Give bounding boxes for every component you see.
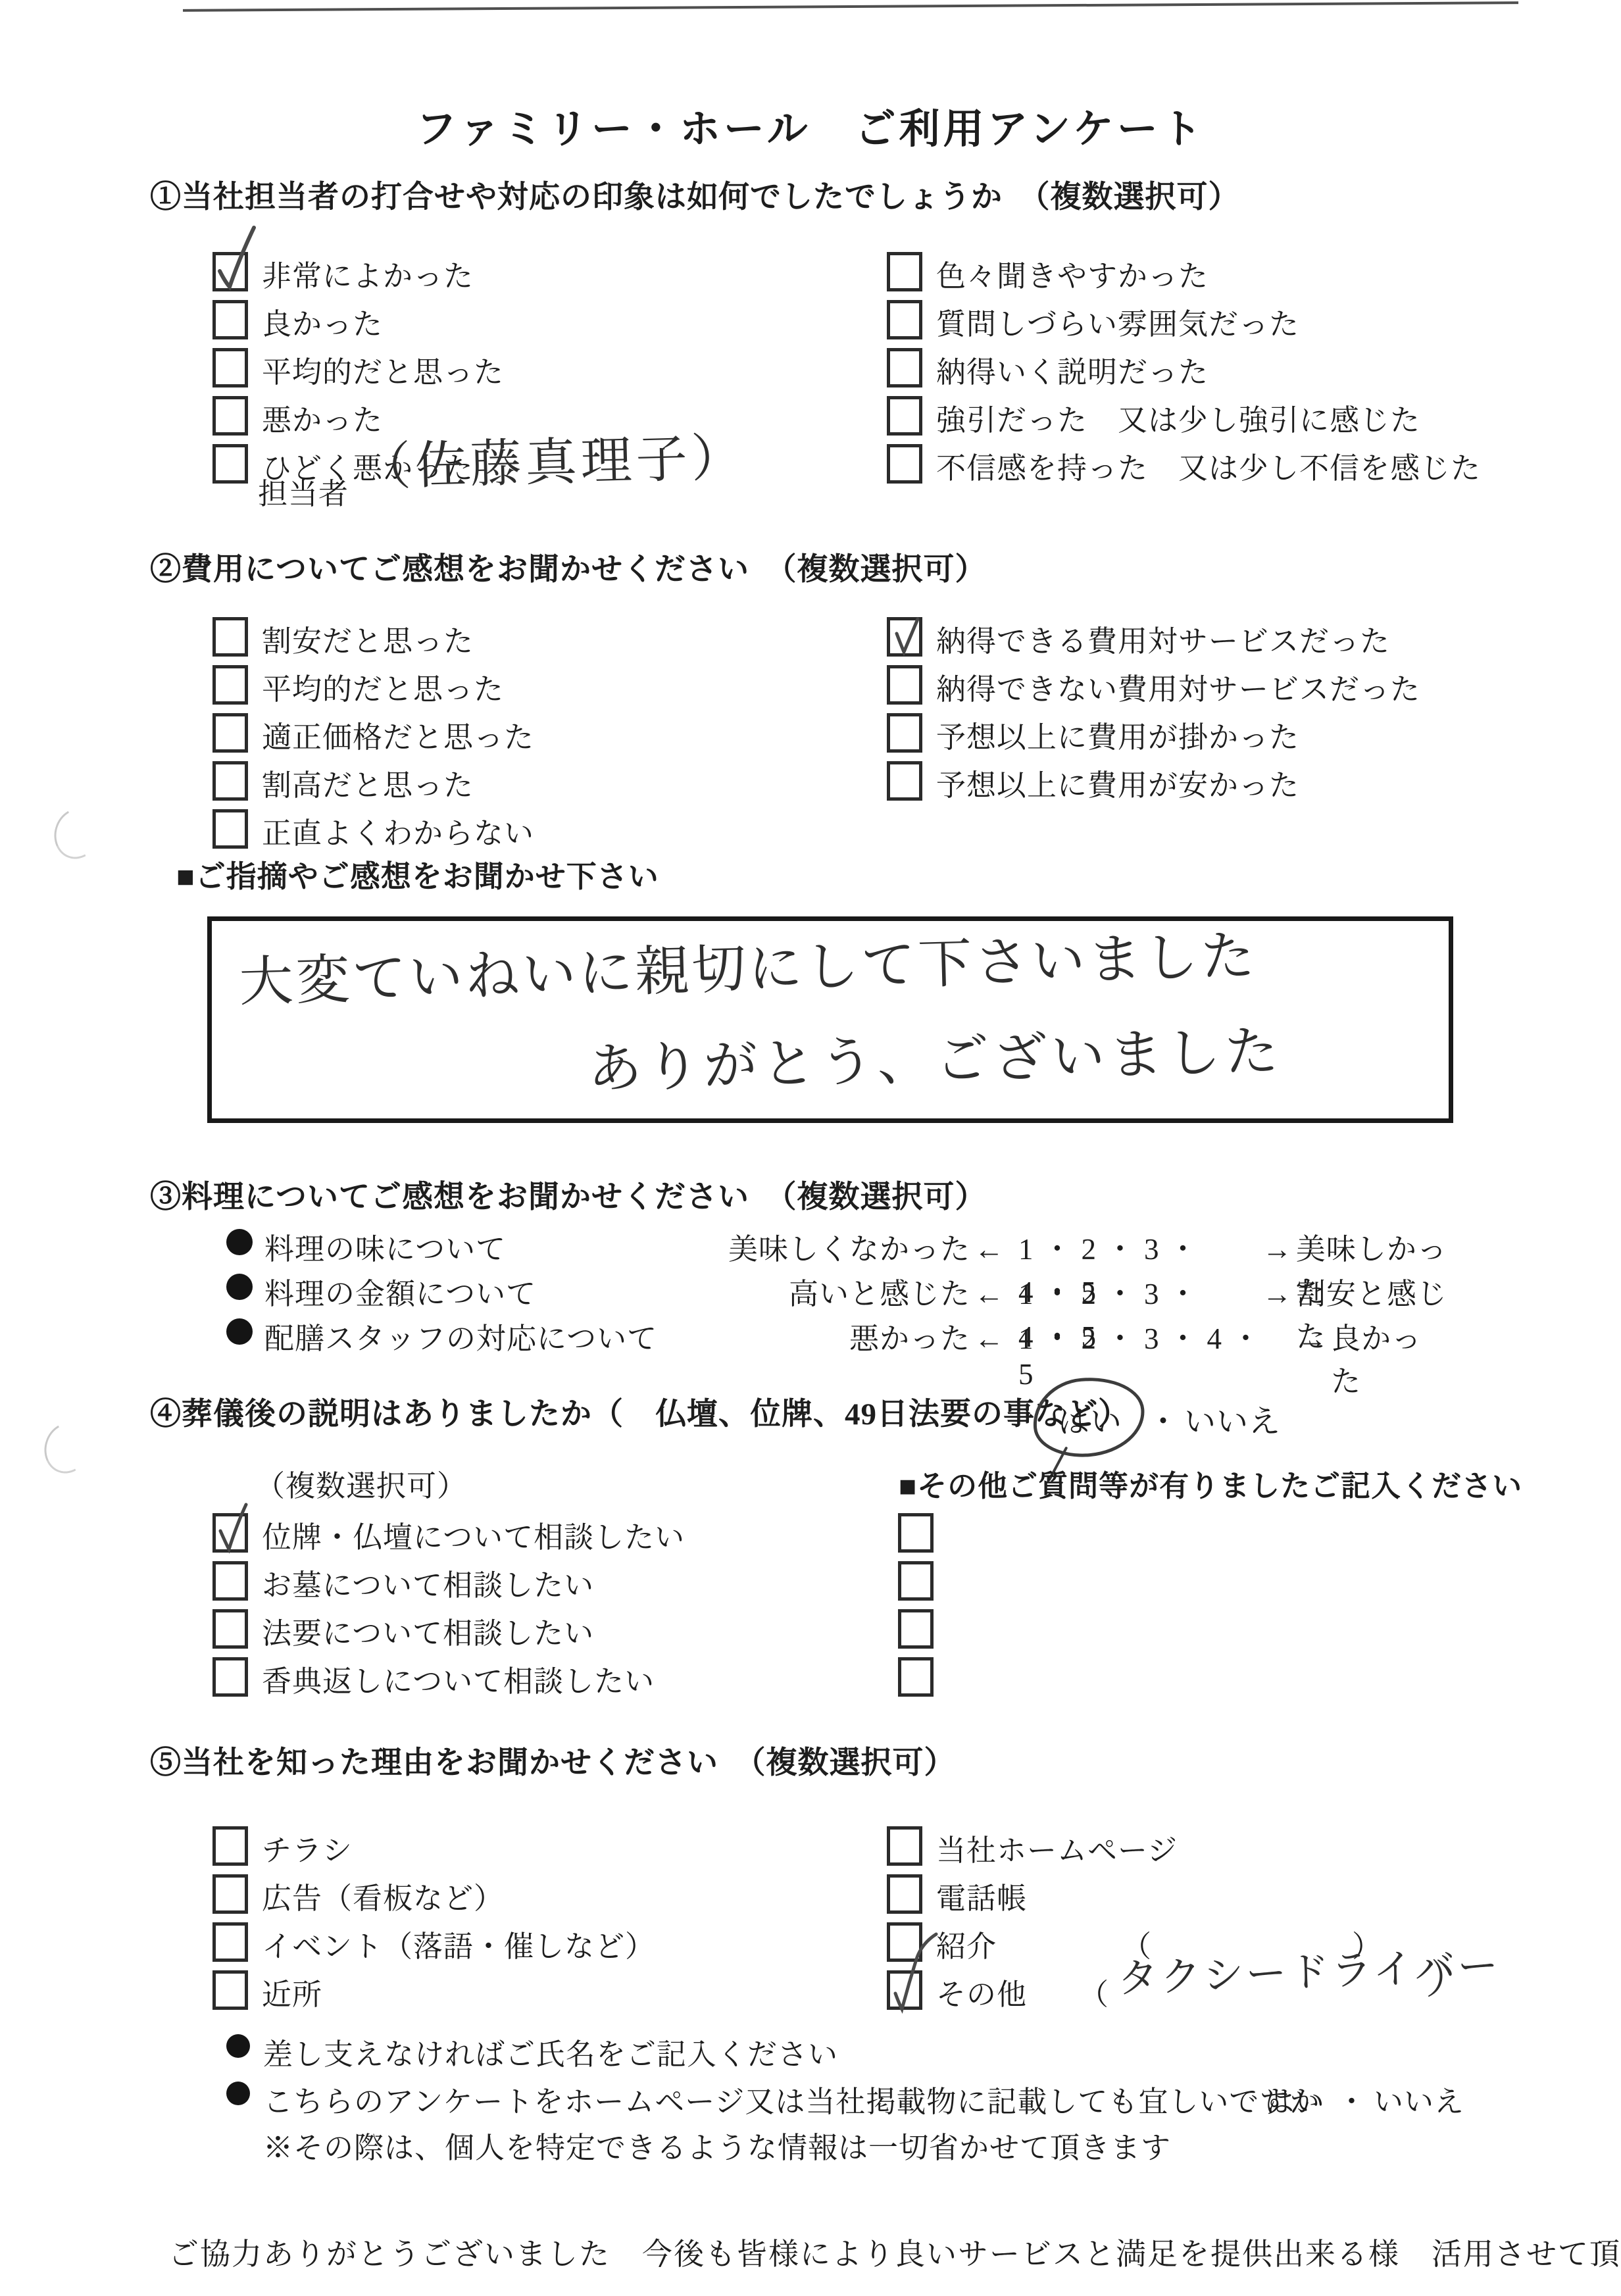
q1-checkbox-convincing[interactable] xyxy=(887,348,922,387)
q1-option-label: 非常によかった xyxy=(262,252,474,295)
q2-checkbox-average[interactable] xyxy=(212,665,248,705)
q4-option-separator: ・ xyxy=(1147,1396,1180,1441)
q4-heading: ④葬儀後の説明はありましたか（ 仏壇、位牌、49日法要の事など） xyxy=(150,1389,1130,1434)
q1-checkbox-bad[interactable] xyxy=(212,396,248,436)
q5-checkbox-flyer[interactable] xyxy=(212,1826,248,1866)
q3-row-label: 料理の金額について xyxy=(264,1270,536,1312)
arrow-left-icon: ← xyxy=(970,1277,1008,1311)
bullet-icon xyxy=(226,1274,253,1300)
closing-publish-request: こちらのアンケートをホームページ又は当社掲載物に記載しても宜しいですか xyxy=(263,2078,1320,2120)
q2-option-label: 割安だと思った xyxy=(262,617,474,660)
closing-privacy-note: ※その際は、個人を特定できるような情報は一切省かせて頂きます xyxy=(263,2124,1171,2166)
q4-multi-note: （複数選択可） xyxy=(255,1462,467,1505)
q3-row-label: 料理の味について xyxy=(264,1225,506,1268)
q5-checkbox-ad[interactable] xyxy=(212,1874,248,1914)
q2-checkbox-cheap[interactable] xyxy=(212,617,248,657)
q5-option-label: 広告（看板など） xyxy=(262,1874,504,1917)
bullet-icon xyxy=(226,2034,250,2058)
q1-checkbox-pushy[interactable] xyxy=(887,396,922,436)
q2-heading: ②費用についてご感想をお聞かせください （複数選択可） xyxy=(150,545,987,589)
q1-checkbox-very-bad[interactable] xyxy=(212,444,248,484)
closing-name-request: 差し支えなければご氏名をご記入ください xyxy=(263,2030,838,2073)
arrow-right-icon: → xyxy=(1293,1322,1331,1356)
q2-checkbox-expensive[interactable] xyxy=(212,761,248,801)
q1-checkbox-distrust[interactable] xyxy=(887,444,922,484)
staff-label: 担当者 xyxy=(258,470,349,512)
q5-option-label: 当社ホームページ xyxy=(936,1826,1178,1869)
q1-option-label: 納得いく説明だった xyxy=(936,348,1209,391)
q5-option-label: チラシ xyxy=(262,1826,353,1869)
arrow-right-icon: → xyxy=(1259,1232,1296,1266)
checkmark-icon xyxy=(214,1501,254,1556)
q5-checkbox-phonebook[interactable] xyxy=(887,1874,922,1914)
q2-option-label: 正直よくわからない xyxy=(262,809,534,852)
q4-checkbox-koudengaeshi[interactable] xyxy=(212,1657,248,1697)
q2-option-label: 納得できない費用対サービスだった xyxy=(936,665,1420,708)
q1-option-label: 不信感を持った 又は少し不信を感じた xyxy=(936,444,1481,487)
scale-low-label: 悪かった xyxy=(658,1314,970,1357)
q2-checkbox-cost-less[interactable] xyxy=(887,761,922,801)
q2-checkbox-satisfied-value[interactable] xyxy=(887,617,922,657)
scale-low-label: 美味しくなかった xyxy=(658,1225,970,1268)
scale-low-label: 高いと感じた xyxy=(658,1270,970,1312)
q4-other-checkbox[interactable] xyxy=(898,1561,934,1601)
other-paren-open: （ xyxy=(1079,1970,1109,2013)
q2-option-label: 平均的だと思った xyxy=(262,665,504,708)
q4-yes-option[interactable]: はい xyxy=(1058,1396,1122,1441)
survey-form: ファミリー・ホール ご利用アンケート ①当社担当者の打合せや対応の印象は如何でし… xyxy=(0,0,1621,2296)
q2-option-label: 適正価格だと思った xyxy=(262,713,534,756)
q2-checkbox-fair-price[interactable] xyxy=(212,713,248,753)
q4-checkbox-houyou[interactable] xyxy=(212,1609,248,1649)
q4-other-checkbox[interactable] xyxy=(898,1609,934,1649)
q5-checkbox-website[interactable] xyxy=(887,1826,922,1866)
q4-other-heading: ■その他ご質問等が有りましたご記入ください xyxy=(899,1462,1522,1505)
q1-option-label: 平均的だと思った xyxy=(262,348,504,391)
q5-checkbox-event[interactable] xyxy=(212,1922,248,1962)
arrow-left-icon: ← xyxy=(970,1322,1008,1356)
q2-option-label: 予想以上に費用が掛かった xyxy=(936,713,1299,756)
q4-option-label: 位牌・仏壇について相談したい xyxy=(262,1513,685,1556)
q4-no-option[interactable]: いいえ xyxy=(1184,1396,1281,1441)
q1-checkbox-very-good[interactable] xyxy=(212,252,248,291)
q2-checkbox-cost-more[interactable] xyxy=(887,713,922,753)
q4-checkbox-ihai-butsudan[interactable] xyxy=(212,1513,248,1553)
q1-option-label: 強引だった 又は少し強引に感じた xyxy=(936,396,1420,439)
q1-option-label: 色々聞きやすかった xyxy=(936,252,1209,295)
scan-artifact-arc xyxy=(48,802,107,864)
page-title: ファミリー・ホール ご利用アンケート xyxy=(0,96,1621,155)
q2-option-label: 予想以上に費用が安かった xyxy=(936,761,1299,804)
checkmark-icon xyxy=(212,221,258,293)
q1-option-label: 質問しづらい雰囲気だった xyxy=(936,300,1299,343)
q5-heading: ⑤当社を知った理由をお聞かせください （複数選択可） xyxy=(150,1738,956,1782)
q1-checkbox-hard-to-ask[interactable] xyxy=(887,300,922,339)
arrow-right-icon: → xyxy=(1259,1277,1296,1311)
bullet-icon xyxy=(226,1318,253,1345)
scan-artifact-arc xyxy=(38,1416,97,1479)
scan-artifact-line xyxy=(183,1,1518,12)
scale-numbers[interactable]: 1・2・3・4・5 xyxy=(1008,1314,1293,1391)
feedback-heading: ■ご指摘やご感想をお聞かせ下さい xyxy=(176,853,659,896)
other-handwritten-paren-close: ） xyxy=(1424,1947,1477,2011)
q5-checkbox-neighborhood[interactable] xyxy=(212,1970,248,2010)
q4-other-checkbox[interactable] xyxy=(898,1513,934,1553)
closing-no-option[interactable]: いいえ xyxy=(1374,2078,1464,2120)
q1-checkbox-good[interactable] xyxy=(212,300,248,339)
q4-other-checkbox[interactable] xyxy=(898,1657,934,1697)
q1-option-label: 良かった xyxy=(262,300,383,343)
q5-checkbox-other[interactable] xyxy=(887,1970,922,2010)
q4-option-label: 法要について相談したい xyxy=(262,1609,594,1652)
staff-name-handwritten: （佐藤真理子） xyxy=(359,416,747,500)
q2-option-label: 割高だと思った xyxy=(262,761,474,804)
closing-option-separator: ・ xyxy=(1337,2078,1367,2120)
q1-heading: ①当社担当者の打合せや対応の印象は如何でしたでしょうか （複数選択可） xyxy=(150,172,1240,216)
bullet-icon xyxy=(226,1229,253,1255)
q1-checkbox-easy-to-ask[interactable] xyxy=(887,252,922,291)
bullet-icon xyxy=(226,2082,250,2105)
q3-rating-scale-staff: 悪かった←1・2・3・4・5→良かった xyxy=(658,1314,1447,1400)
q4-checkbox-grave[interactable] xyxy=(212,1561,248,1601)
q1-checkbox-average[interactable] xyxy=(212,348,248,387)
arrow-left-icon: ← xyxy=(970,1232,1008,1266)
footer-thanks: ご協力ありがとうございました 今後も皆様により良いサービスと満足を提供出来る様 … xyxy=(168,2230,1621,2274)
q4-option-label: 香典返しについて相談したい xyxy=(262,1657,655,1700)
q3-heading: ③料理についてご感想をお聞かせください （複数選択可） xyxy=(150,1172,987,1216)
q5-option-label: その他 xyxy=(936,1970,1027,2013)
checkmark-icon xyxy=(890,616,923,662)
q3-row-label: 配膳スタッフの対応について xyxy=(264,1314,657,1357)
closing-yes-option[interactable]: はい xyxy=(1264,2078,1325,2120)
q5-option-label: 電話帳 xyxy=(936,1874,1027,1917)
q4-option-label: お墓について相談したい xyxy=(262,1561,594,1604)
q5-option-label: イベント（落語・催しなど） xyxy=(262,1922,655,1965)
q2-option-label: 納得できる費用対サービスだった xyxy=(936,617,1390,660)
scale-high-label: 良かった xyxy=(1331,1314,1447,1400)
q2-checkbox-unsure[interactable] xyxy=(212,809,248,849)
q2-checkbox-unsatisfied-value[interactable] xyxy=(887,665,922,705)
q5-option-label: 近所 xyxy=(262,1970,322,2013)
